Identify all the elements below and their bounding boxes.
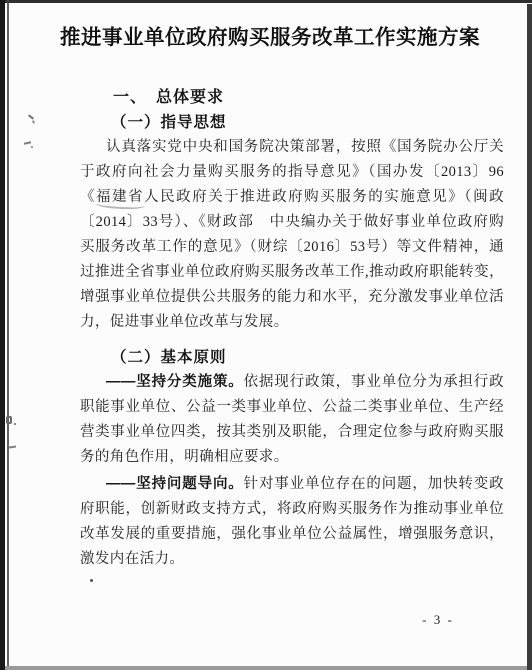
body-text: 务的角色作用，明确相应要求。 xyxy=(80,449,289,465)
document-title: 推进事业单位政府购买服务改革工作实施方案 xyxy=(55,20,485,50)
section-heading: （二）基本原则 xyxy=(80,345,504,370)
scan-noise xyxy=(32,120,35,124)
section-heading: （一）指导思想 xyxy=(80,110,504,135)
document-line: 改革发展的重要措施，强化事业单位公益属性，增强服务意识， xyxy=(80,522,504,547)
body-text: 激发内在活力。 xyxy=(80,551,184,567)
document-line: 认真落实党中央和国务院决策部署，按照《国务院办公厅关 xyxy=(80,135,504,160)
body-text: 职能事业单位、公益一类事业单位、公益二类事业单位、生产经 xyxy=(80,399,504,415)
body-text: 于政府向社会力量购买服务的指导意见》（国办发〔2013〕96号）、 xyxy=(80,164,504,185)
document-line: 职能事业单位、公益一类事业单位、公益二类事业单位、生产经 xyxy=(80,395,504,420)
document-body: 一、 总体要求（一）指导思想认真落实党中央和国务院决策部署，按照《国务院办公厅关… xyxy=(80,85,504,572)
body-text: 营类事业单位四类，按其类别及职能，合理定位参与政府购买服 xyxy=(80,424,504,440)
body-text: 增强事业单位提供公共服务的能力和水平，充分激发事业单位活 xyxy=(80,289,504,305)
document-line: 营类事业单位四类，按其类别及职能，合理定位参与政府购买服 xyxy=(80,420,504,445)
document-line: 激发内在活力。 xyxy=(80,547,504,572)
scan-noise xyxy=(9,446,16,449)
scan-edge-left-line xyxy=(7,0,9,670)
document-line: 买服务改革工作的意见》（财综〔2016〕53号）等文件精神，通 xyxy=(80,235,504,260)
document-line: 〔2014〕33号）、《财政部 中央编办关于做好事业单位政府购 xyxy=(80,210,504,235)
body-text: 〔2014〕33号）、《财政部 中央编办关于做好事业单位政府购 xyxy=(80,214,504,230)
body-text: 认真落实党中央和国务院决策部署，按照《国务院办公厅关 xyxy=(106,139,504,155)
body-text: 针对事业单位存在的问题，加快转变政 xyxy=(244,476,504,492)
scanned-document-page: 推进事业单位政府购买服务改革工作实施方案 一、 总体要求（一）指导思想认真落实党… xyxy=(0,0,532,670)
document-line: ——坚持问题导向。针对事业单位存在的问题，加快转变政 xyxy=(80,472,504,497)
body-text: 《福建省人民政府关于推进政府购买服务的实施意见》（闽政 xyxy=(80,189,504,205)
document-line: 增强事业单位提供公共服务的能力和水平，充分激发事业单位活 xyxy=(80,285,504,310)
scan-edge-right xyxy=(527,4,532,670)
body-text: 力，促进事业单位改革与发展。 xyxy=(80,314,289,330)
scan-noise xyxy=(28,114,34,119)
body-text: 买服务改革工作的意见》（财综〔2016〕53号）等文件精神，通 xyxy=(80,239,504,255)
document-line: 力，促进事业单位改革与发展。 xyxy=(80,310,504,335)
scan-noise xyxy=(14,423,16,425)
document-line: ——坚持分类施策。依据现行政策，事业单位分为承担行政 xyxy=(80,370,504,395)
document-line: 府职能，创新财政支持方式，将政府购买服务作为推动事业单位 xyxy=(80,497,504,522)
scan-noise xyxy=(90,579,93,582)
section-heading: 一、 总体要求 xyxy=(80,85,504,110)
scan-noise xyxy=(6,416,12,424)
scan-edge-top xyxy=(0,0,532,3)
document-line: 过推进全省事业单位政府购买服务改革工作,推动政府职能转变， xyxy=(80,260,504,285)
emphasis-text: ——坚持问题导向。 xyxy=(106,476,244,492)
body-text: 过推进全省事业单位政府购买服务改革工作,推动政府职能转变， xyxy=(80,264,504,280)
document-line: 务的角色作用，明确相应要求。 xyxy=(80,445,504,470)
scan-edge-bottom xyxy=(5,666,527,670)
body-text: 改革发展的重要措施，强化事业单位公益属性，增强服务意识， xyxy=(80,526,504,542)
body-text: 府职能，创新财政支持方式，将政府购买服务作为推动事业单位 xyxy=(80,501,504,517)
page-number: - 3 - xyxy=(408,612,468,628)
emphasis-text: ——坚持分类施策。 xyxy=(106,374,244,390)
body-text: 依据现行政策，事业单位分为承担行政 xyxy=(244,374,504,390)
scan-noise xyxy=(24,141,31,144)
scan-edge-left xyxy=(0,0,5,670)
scan-noise xyxy=(31,146,33,148)
document-line: 于政府向社会力量购买服务的指导意见》（国办发〔2013〕96号）、 xyxy=(80,160,504,185)
